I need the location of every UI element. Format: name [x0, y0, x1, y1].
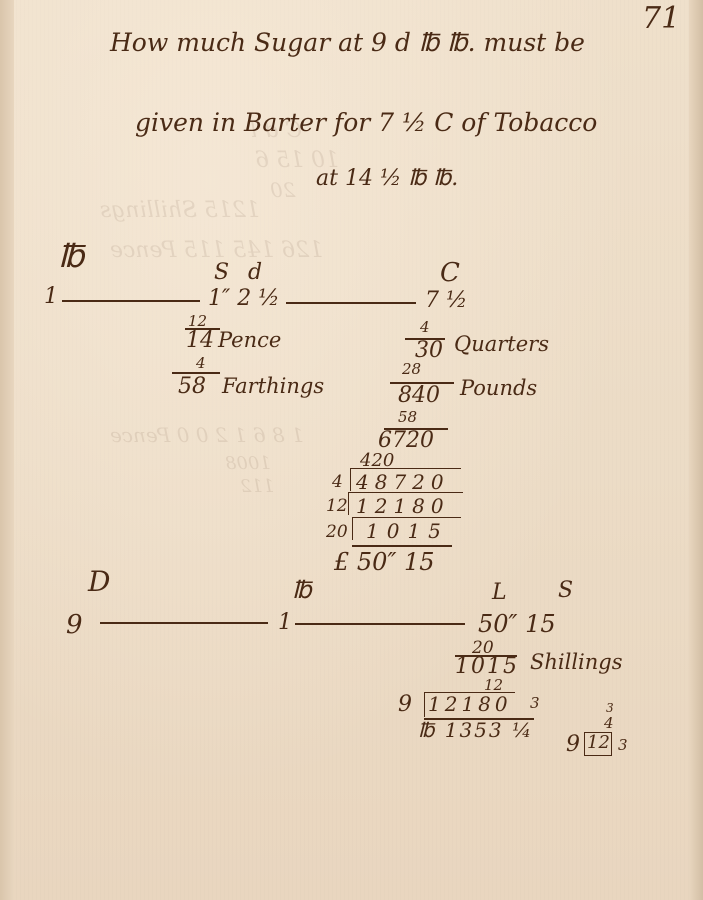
dividend: 48720 — [356, 472, 450, 492]
rule-line — [100, 622, 268, 624]
bleed-through-line: 112 — [240, 478, 274, 496]
statement1-left-value: 1 — [44, 286, 58, 308]
rule-line — [352, 545, 452, 547]
pound-unit-symbol: ℔ — [292, 578, 312, 602]
statement2-amount: 50″ 15 — [478, 612, 556, 636]
bleed-through-line: 126 145 115 Pence — [110, 240, 323, 262]
reduction-multiplier: 12 — [484, 678, 503, 693]
shillings-header: S — [558, 580, 573, 602]
final-quotient: ℔ 1353 ¼ — [418, 720, 533, 740]
divisor: 4 — [332, 474, 343, 491]
question-line-1: How much Sugar at 9 d ℔ ℔. must be — [110, 30, 585, 55]
final-dividend: 12180 — [428, 694, 512, 714]
hundredweight-header: C — [440, 260, 460, 286]
reduction-result: 840 — [398, 385, 440, 407]
statement1-price: 1″ 2 ½ — [208, 288, 280, 310]
rule-line — [286, 302, 416, 304]
side-calc-remainder: 3 — [618, 738, 628, 753]
side-calc-multiplier: 4 — [604, 716, 614, 731]
division-result: £ 50″ 15 — [334, 550, 435, 574]
reduction-multiplier: 4 — [420, 320, 430, 335]
reduction-label: Quarters — [454, 334, 549, 355]
reduction-label: Pence — [218, 330, 281, 351]
reduction-label: Shillings — [530, 652, 623, 673]
shillings-header: S — [214, 262, 229, 284]
page-number: 71 — [642, 4, 680, 34]
bleed-through-line: 1215 Shillings — [100, 200, 260, 222]
divisor: 12 — [326, 498, 348, 515]
reduction-result: 30 — [415, 340, 443, 362]
dividend: 12180 — [356, 496, 450, 516]
side-calc-boxed: 12 — [587, 734, 610, 752]
page-edge-left — [0, 0, 14, 900]
page-edge-right — [689, 0, 703, 900]
final-remainder: 3 — [530, 696, 540, 711]
divisor: 20 — [326, 524, 348, 541]
question-line-3: at 14 ½ ℔ ℔. — [316, 168, 458, 190]
statement2-left-value: 9 — [66, 612, 83, 638]
rule-line — [295, 623, 465, 625]
pence-header: d — [248, 262, 262, 284]
bleed-through-line: 1008 — [225, 455, 271, 473]
reduction-multiplier: 28 — [402, 362, 421, 377]
bleed-through-line: 1 8 6 1 2 0 0 Pence — [110, 425, 304, 445]
pound-unit-symbol: ℔ — [58, 240, 84, 272]
reduction-multiplier: 58 — [398, 410, 417, 425]
dividend: 1015 — [366, 521, 449, 541]
reduction-result: 1015 — [455, 656, 519, 678]
reduction-label: Farthings — [222, 376, 324, 397]
statement2-mid-value: 1 — [278, 612, 292, 634]
reduction-result: 14 — [186, 330, 214, 352]
statement1-quantity: 7 ½ — [425, 290, 467, 312]
rule-line — [62, 300, 200, 302]
reduction-result: 6720 — [378, 430, 434, 452]
reduction-multiplier: 4 — [196, 356, 206, 371]
pounds-header: L — [492, 582, 507, 604]
bleed-through-line: 20 — [270, 180, 295, 200]
side-calc-divisor: 9 — [566, 734, 580, 756]
reduction-multiplier: 12 — [188, 314, 207, 329]
pence-header: D — [88, 568, 110, 596]
reduction-label: Pounds — [460, 378, 537, 399]
reduction-result: 58 — [178, 376, 206, 398]
side-calc-top: 3 — [606, 702, 614, 714]
final-divisor: 9 — [398, 694, 412, 716]
question-line-2: given in Barter for 7 ½ C of Tobacco — [135, 110, 597, 135]
manuscript-page: C d l 10 15 6 20 1215 Shillings 126 145 … — [0, 0, 703, 900]
